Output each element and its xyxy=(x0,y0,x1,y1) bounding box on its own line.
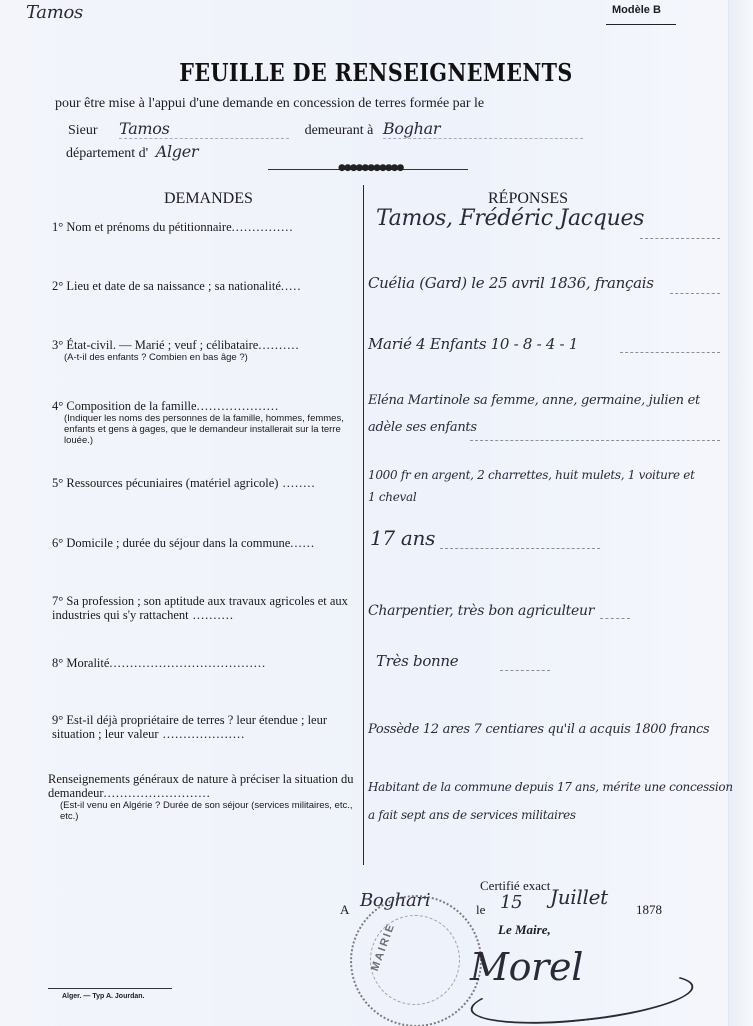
demeurant-value: Boghar xyxy=(383,119,583,139)
question-4-note: (Indiquer les noms des personnes de la f… xyxy=(52,413,358,446)
model-rule xyxy=(606,24,676,25)
document-page: Tamos Modèle B FEUILLE DE RENSEIGNEMENTS… xyxy=(0,0,753,1026)
month-value: Juillet xyxy=(550,885,608,909)
question-10: Renseignements généraux de nature à préc… xyxy=(48,772,358,822)
answer-2: Cuélia (Gard) le 25 avril 1836, français xyxy=(368,274,654,292)
mayor-label: Le Maire, xyxy=(498,922,551,938)
answer-10-line-1: Habitant de la commune depuis 17 ans, mé… xyxy=(368,780,733,794)
mairie-stamp: MAIRIE xyxy=(350,895,482,1026)
sieur-value: Tamos xyxy=(119,119,289,139)
answer-9: Possède 12 ares 7 centiares qu'il a acqu… xyxy=(368,722,709,737)
column-divider xyxy=(363,185,364,865)
answer-10-line-2: a fait sept ans de services militaires xyxy=(368,808,576,822)
answer-4-line-2: adèle ses enfants xyxy=(368,420,477,435)
question-4: 4° Composition de la famille............… xyxy=(52,399,358,446)
printer-credit: Alger. — Typ A. Jourdan. xyxy=(62,993,144,1000)
answer-1: Tamos, Frédéric Jacques xyxy=(376,206,644,231)
intro-line: pour être mise à l'appui d'une demande e… xyxy=(55,96,484,112)
year-value: 1878 xyxy=(636,902,662,918)
question-9: 9° Est-il déjà propriétaire de terres ? … xyxy=(52,713,358,741)
question-3: 3° État-civil. — Marié ; veuf ; célibata… xyxy=(52,338,300,363)
answer-5-line-2: 1 cheval xyxy=(368,490,416,504)
ornament-rule: ●●●●●●●●●●● xyxy=(268,168,468,171)
demeurant-label: demeurant à xyxy=(305,123,374,138)
departement-value: Alger xyxy=(156,142,199,161)
sieur-label: Sieur xyxy=(68,123,98,138)
question-3-note: (A-t-il des enfants ? Combien en bas âge… xyxy=(52,352,300,363)
departement-label: département d' xyxy=(66,146,148,161)
footer-rule xyxy=(48,988,172,989)
answer-5-line-1: 1000 fr en argent, 2 charrettes, huit mu… xyxy=(368,468,695,482)
answer-8: Très bonne xyxy=(376,652,458,670)
scan-edge xyxy=(728,0,753,1026)
model-label: Modèle B xyxy=(612,4,661,16)
question-5: 5° Ressources pécuniaires (matériel agri… xyxy=(52,476,316,490)
corner-annotation: Tamos xyxy=(26,2,83,23)
place-prefix: A xyxy=(340,902,349,918)
sieur-line: Sieur Tamos demeurant à Boghar xyxy=(68,119,583,139)
question-8: 8° Moralité.............................… xyxy=(52,656,266,670)
demandes-header: DEMANDES xyxy=(164,190,253,208)
question-10-note: (Est-il venu en Algérie ? Durée de son s… xyxy=(48,800,358,822)
document-title: FEUILLE DE RENSEIGNEMENTS xyxy=(52,58,700,87)
answer-3: Marié 4 Enfants 10 - 8 - 4 - 1 xyxy=(368,335,578,353)
departement-line: département d' Alger xyxy=(66,142,198,162)
question-6: 6° Domicile ; durée du séjour dans la co… xyxy=(52,536,315,550)
answer-6: 17 ans xyxy=(370,526,435,550)
question-7: 7° Sa profession ; son aptitude aux trav… xyxy=(52,594,358,622)
question-2: 2° Lieu et date de sa naissance ; sa nat… xyxy=(52,279,302,293)
day-value: 15 xyxy=(500,892,522,913)
answer-4-line-1: Eléna Martinole sa femme, anne, germaine… xyxy=(368,393,700,408)
date-prefix: le xyxy=(476,902,485,918)
answer-7: Charpentier, très bon agriculteur xyxy=(368,603,594,619)
question-1: 1° Nom et prénoms du pétitionnaire......… xyxy=(52,220,294,234)
